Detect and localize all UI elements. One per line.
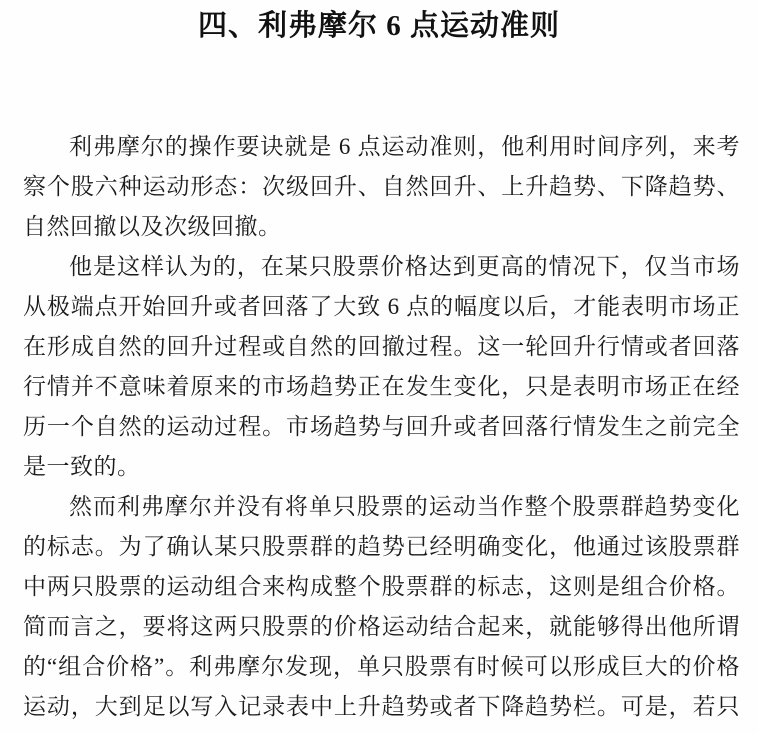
text-line: 在形成自然的回升过程或自然的回撤过程。这一轮回升行情或者回落 (23, 327, 740, 367)
paragraph-2: 他是这样认为的，在某只股票价格达到更高的情况下，仅当市场 从极端点开始回升或者回… (23, 247, 740, 487)
text-line: 中两只股票的运动组合来构成整个股票群的标志，这则是组合价格。 (23, 567, 740, 607)
chapter-title: 四、利弗摩尔 6 点运动准则 (0, 4, 758, 48)
text-line: 从极端点开始回升或者回落了大致 6 点的幅度以后，才能表明市场正 (23, 287, 740, 327)
text-line: 简而言之，要将这两只股票的价格运动结合起来，就能够得出他所谓 (23, 607, 740, 647)
text-line: 是一致的。 (23, 447, 740, 487)
text-line: 利弗摩尔的操作要诀就是 6 点运动准则，他利用时间序列，来考 (23, 127, 740, 167)
text-line: 察个股六种运动形态：次级回升、自然回升、上升趋势、下降趋势、 (23, 167, 740, 207)
text-line: 行情并不意味着原来的市场趋势正在发生变化，只是表明市场正在经 (23, 367, 740, 407)
text-line: 他是这样认为的，在某只股票价格达到更高的情况下，仅当市场 (23, 247, 740, 287)
page-body: 利弗摩尔的操作要诀就是 6 点运动准则，他利用时间序列，来考 察个股六种运动形态… (23, 127, 740, 727)
book-page: 四、利弗摩尔 6 点运动准则 利弗摩尔的操作要诀就是 6 点运动准则，他利用时间… (0, 0, 758, 733)
text-line: 历一个自然的运动过程。市场趋势与回升或者回落行情发生之前完全 (23, 407, 740, 447)
text-line: 的标志。为了确认某只股票群的趋势已经明确变化，他通过该股票群 (23, 527, 740, 567)
paragraph-3: 然而利弗摩尔并没有将单只股票的运动当作整个股票群趋势变化 的标志。为了确认某只股… (23, 487, 740, 727)
text-line: 然而利弗摩尔并没有将单只股票的运动当作整个股票群趋势变化 (23, 487, 740, 527)
text-line: 运动，大到足以写入记录表中上升趋势或者下降趋势栏。可是，若只 (23, 687, 740, 727)
text-line: 自然回撤以及次级回撤。 (23, 207, 740, 247)
text-line: 的“组合价格”。利弗摩尔发现，单只股票有时候可以形成巨大的价格 (23, 647, 740, 687)
paragraph-1: 利弗摩尔的操作要诀就是 6 点运动准则，他利用时间序列，来考 察个股六种运动形态… (23, 127, 740, 247)
